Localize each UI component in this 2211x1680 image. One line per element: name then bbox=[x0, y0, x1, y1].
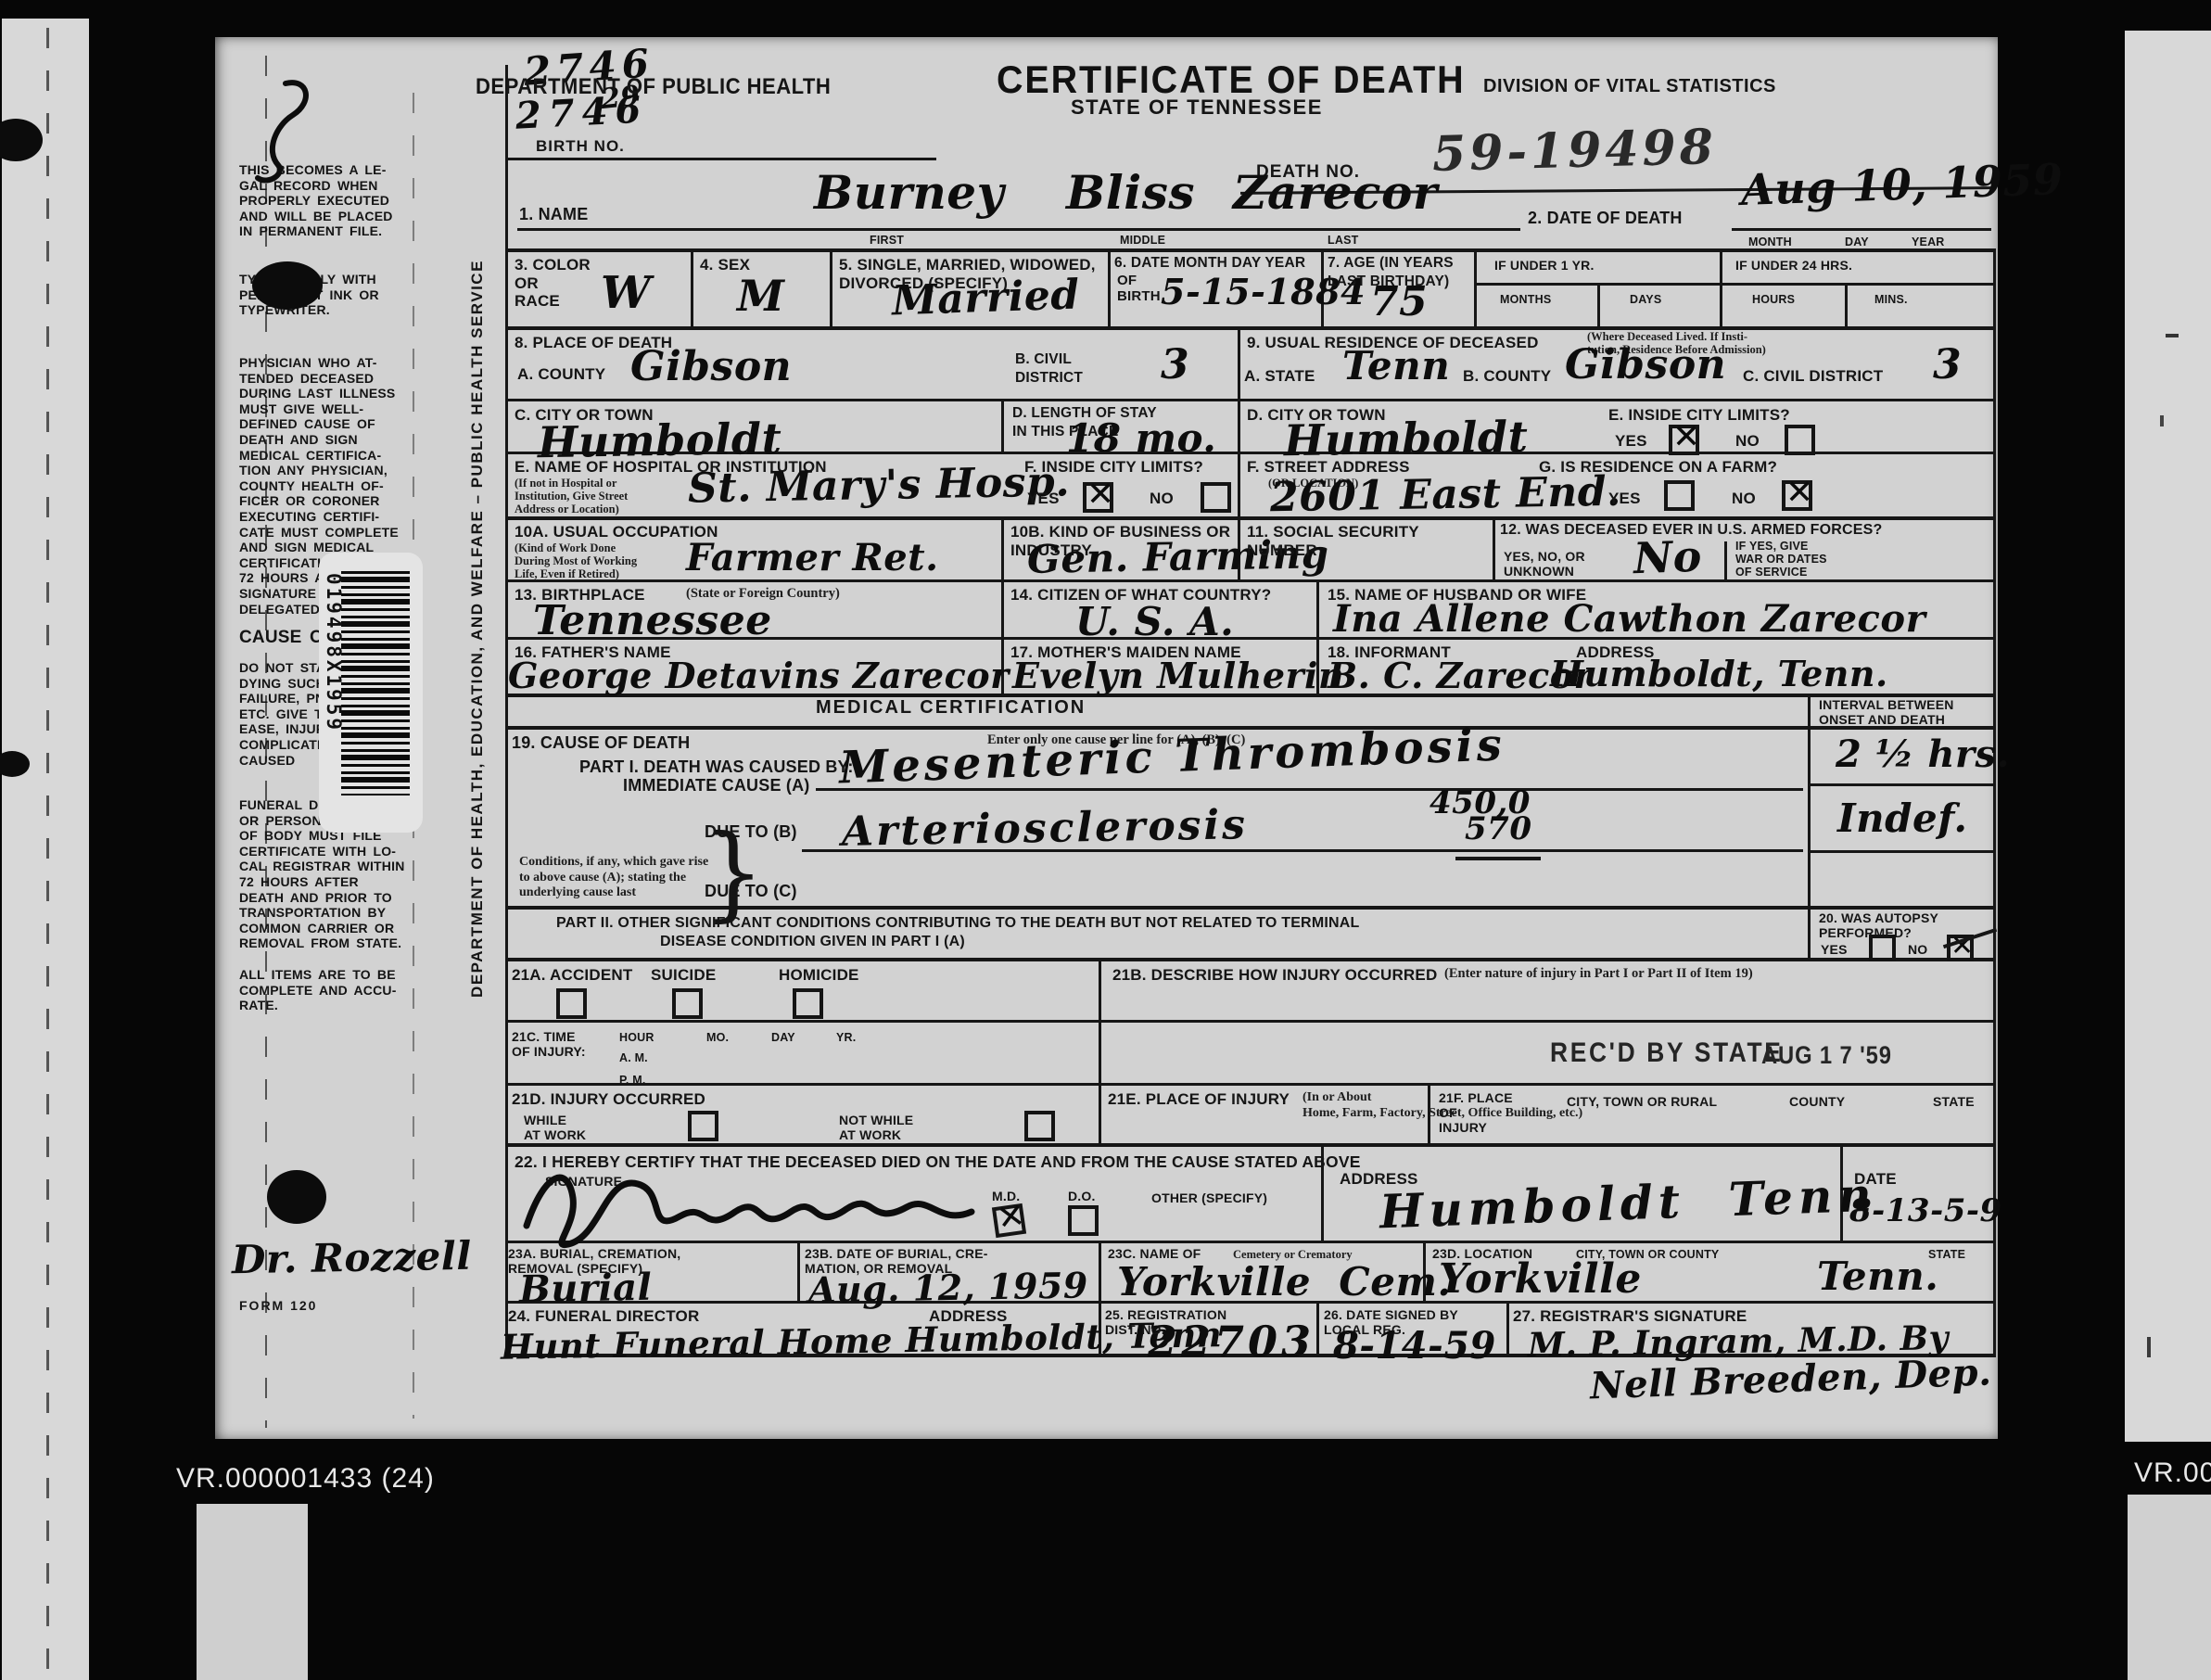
place-of-injury-f-label: 21F. PLACE OF INJURY bbox=[1439, 1090, 1513, 1135]
frame-id-left: VR.000001433 (24) bbox=[176, 1463, 435, 1495]
days-label: DAYS bbox=[1630, 293, 1661, 306]
city-town-rural-label: CITY, TOWN OR RURAL bbox=[1567, 1094, 1717, 1109]
grid-line bbox=[1810, 783, 1993, 786]
date-signed-value: 8-14-59 bbox=[1333, 1324, 1496, 1368]
barcode-number: 019498X1959 bbox=[323, 573, 345, 795]
margin-scrawl bbox=[221, 76, 323, 187]
department-heading: DEPARTMENT OF PUBLIC HEALTH bbox=[476, 78, 831, 96]
last-sublabel: LAST bbox=[1328, 234, 1358, 247]
not-while-at-work-checkbox bbox=[1024, 1111, 1055, 1141]
father-value: George Detavins Zarecor bbox=[508, 655, 1010, 696]
film-mark bbox=[2166, 334, 2179, 337]
under-24hrs-label: IF UNDER 24 HRS. bbox=[1735, 258, 1852, 273]
do-checkbox bbox=[1068, 1205, 1099, 1236]
birthplace-value: Tennessee bbox=[533, 597, 772, 644]
marital-value: Married bbox=[891, 271, 1080, 325]
no-label: NO bbox=[1150, 490, 1174, 508]
citizen-value: U. S. A. bbox=[1075, 599, 1234, 644]
grid-line bbox=[1720, 248, 1722, 328]
grid-line bbox=[505, 1083, 1996, 1086]
date-label: DATE bbox=[1854, 1170, 1897, 1189]
immediate-cause-label: IMMEDIATE CAUSE (A) bbox=[623, 777, 809, 795]
county-value: Gibson bbox=[630, 343, 792, 390]
grid-line bbox=[1993, 248, 1996, 1355]
death-no-value: 59-19498 bbox=[1431, 119, 1717, 183]
accident-checkbox bbox=[556, 988, 587, 1019]
form-number: FORM 120 bbox=[239, 1298, 317, 1313]
middle-sublabel: MIDDLE bbox=[1120, 234, 1165, 247]
ink-blot bbox=[267, 1170, 326, 1224]
film-frame-fragment bbox=[197, 1504, 308, 1680]
describe-injury-note: (Enter nature of injury in Part I or Par… bbox=[1444, 966, 1753, 982]
homicide-label: HOMICIDE bbox=[779, 966, 859, 985]
interval-b-value: Indef. bbox=[1837, 795, 1967, 841]
mo-label: MO. bbox=[706, 1031, 729, 1044]
yes-checkbox bbox=[1869, 935, 1896, 961]
right-film-strip-lower bbox=[2128, 1495, 2211, 1680]
hospital-note: (If not in Hospital or Institution, Give… bbox=[515, 477, 628, 515]
part2-label-line2: DISEASE CONDITION GIVEN IN PART I (A) bbox=[660, 933, 965, 951]
other-specify-label: OTHER (SPECIFY) bbox=[1151, 1190, 1267, 1205]
grid-line bbox=[1506, 1301, 1509, 1355]
date-of-death-label: 2. DATE OF DEATH bbox=[1528, 210, 1683, 228]
no-label: NO bbox=[1735, 432, 1760, 451]
md-checkbox: ✕ bbox=[992, 1203, 1026, 1238]
residence-county-label: B. COUNTY bbox=[1463, 367, 1551, 386]
state-col-label: STATE bbox=[1933, 1094, 1975, 1109]
armed-forces-sublabel: YES, NO, OR UNKNOWN bbox=[1504, 549, 1585, 579]
part2-label-line1: PART II. OTHER SIGNIFICANT CONDITIONS CO… bbox=[556, 914, 1359, 933]
informant-address-value: Humboldt, Tenn. bbox=[1550, 653, 1888, 694]
state-subtitle: STATE OF TENNESSEE bbox=[1071, 98, 1323, 117]
residence-state-value: Tenn bbox=[1342, 343, 1450, 388]
yes-checkbox: ✕ bbox=[1083, 482, 1113, 513]
suicide-checkbox bbox=[672, 988, 703, 1019]
rule bbox=[517, 228, 1520, 231]
cemetery-location-value: Yorkville bbox=[1439, 1255, 1642, 1303]
grid-line bbox=[1493, 516, 1495, 581]
while-at-work-checkbox bbox=[688, 1111, 718, 1141]
certify-date-value: 8-13-5-9 bbox=[1849, 1192, 2002, 1229]
dob-label-line2: OF BIRTH bbox=[1117, 273, 1161, 304]
hospital-limits-label: F. INSIDE CITY LIMITS? bbox=[1024, 458, 1203, 477]
interval-a-value: 2 ½ hrs. bbox=[1836, 732, 2010, 776]
county-label: A. COUNTY bbox=[517, 365, 605, 384]
armed-forces-note: IF YES, GIVE WAR OR DATES OF SERVICE bbox=[1735, 540, 1827, 579]
rule bbox=[1732, 228, 1991, 231]
yes-checkbox bbox=[1664, 480, 1695, 511]
ssn-label: 11. SOCIAL SECURITY NUMBER bbox=[1247, 523, 1419, 559]
grid-line bbox=[1099, 958, 1101, 1145]
rule bbox=[816, 788, 1803, 791]
yes-checkbox: ✕ bbox=[1669, 425, 1699, 455]
grid-line bbox=[830, 248, 832, 328]
grid-line bbox=[1316, 1301, 1319, 1355]
frame-id-right: VR.00000 bbox=[2134, 1457, 2211, 1489]
right-film-strip bbox=[2125, 31, 2211, 1442]
no-checkbox bbox=[1785, 425, 1815, 455]
yr-label: YR. bbox=[836, 1031, 856, 1044]
grid-line bbox=[505, 326, 1996, 330]
civil-district-label: B. CIVIL DISTRICT bbox=[1015, 350, 1083, 387]
birth-no-label: BIRTH NO. bbox=[536, 137, 625, 156]
grid-line bbox=[505, 516, 1996, 520]
name-middle-value: Bliss bbox=[1066, 165, 1195, 220]
no-label: NO bbox=[1908, 942, 1927, 957]
grid-line bbox=[505, 399, 1996, 401]
rule bbox=[802, 849, 1803, 852]
under-1yr-label: IF UNDER 1 YR. bbox=[1494, 258, 1595, 273]
barcode bbox=[341, 571, 410, 795]
accident-label: 21A. ACCIDENT bbox=[512, 966, 632, 985]
film-sprocket-line bbox=[46, 28, 49, 1669]
cause-b-value: Arteriosclerosis bbox=[842, 801, 1249, 856]
mins-label: MINS. bbox=[1874, 293, 1908, 306]
pm-label: P. M. bbox=[619, 1074, 646, 1087]
occupation-note: (Kind of Work Done During Most of Workin… bbox=[515, 541, 637, 580]
residence-district-label: C. CIVIL DISTRICT bbox=[1743, 367, 1883, 386]
homicide-checkbox bbox=[793, 988, 823, 1019]
day-label: DAY bbox=[771, 1031, 795, 1044]
residence-district-value: 3 bbox=[1933, 341, 1962, 388]
grid-line bbox=[1001, 399, 1004, 453]
residence-on-farm-label: G. IS RESIDENCE ON A FARM? bbox=[1539, 458, 1777, 477]
interval-label: INTERVAL BETWEEN ONSET AND DEATH bbox=[1819, 697, 1954, 727]
received-stamp-date: AUG 1 7 '59 bbox=[1761, 1040, 1892, 1070]
grid-line bbox=[1597, 283, 1600, 328]
ink-blot bbox=[252, 261, 323, 310]
do-label: D.O. bbox=[1068, 1189, 1096, 1203]
rule bbox=[508, 158, 936, 160]
name-last-value: Zarecor bbox=[1233, 165, 1438, 220]
injury-occurred-label: 21D. INJURY OCCURRED bbox=[512, 1090, 705, 1109]
grid-line bbox=[505, 958, 1996, 961]
rule bbox=[1455, 857, 1541, 860]
division-heading: DIVISION OF VITAL STATISTICS bbox=[1483, 78, 1776, 96]
code-b-value: 570 bbox=[1465, 810, 1531, 847]
cemetery-value: Yorkville Cem. bbox=[1117, 1259, 1452, 1305]
burial-date-value: Aug. 12, 1959 bbox=[808, 1264, 1088, 1310]
hours-label: HOURS bbox=[1752, 293, 1795, 306]
name-label: 1. NAME bbox=[519, 206, 588, 224]
no-checkbox bbox=[1201, 482, 1231, 513]
month-sublabel: MONTH bbox=[1748, 235, 1792, 248]
grid-line bbox=[1810, 850, 1993, 853]
grid-line bbox=[505, 248, 1996, 252]
am-label: A. M. bbox=[619, 1051, 648, 1064]
hospital-value: St. Mary's Hosp. bbox=[688, 458, 1071, 512]
grid-line bbox=[1845, 283, 1848, 328]
grid-line bbox=[505, 579, 1996, 582]
grid-line bbox=[691, 248, 693, 328]
while-at-work-label: WHILE AT WORK bbox=[524, 1113, 586, 1142]
grid-line bbox=[1474, 283, 1996, 286]
margin-doctor-annotation: Dr. Rozzell bbox=[232, 1233, 473, 1283]
yes-label: YES bbox=[1027, 490, 1060, 508]
physician-signature-scrawl bbox=[517, 1161, 990, 1249]
not-while-at-work-label: NOT WHILE AT WORK bbox=[839, 1113, 913, 1142]
conditions-note: Conditions, if any, which gave rise to a… bbox=[519, 855, 708, 901]
hour-label: HOUR bbox=[619, 1031, 654, 1044]
film-mark bbox=[2147, 1337, 2151, 1357]
suicide-label: SUICIDE bbox=[651, 966, 716, 985]
part1-label: PART I. DEATH WAS CAUSED BY: bbox=[579, 758, 854, 777]
months-label: MONTHS bbox=[1500, 293, 1551, 306]
grid-line bbox=[505, 1020, 1996, 1023]
cemetery-state-value: Tenn. bbox=[1817, 1254, 1938, 1299]
date-of-death-value: Aug 10, 1959 bbox=[1740, 154, 2064, 215]
grid-line bbox=[1808, 694, 1811, 961]
grid-line bbox=[1724, 541, 1727, 581]
year-sublabel: YEAR bbox=[1912, 235, 1945, 248]
due-to-c-label: DUE TO (C) bbox=[705, 883, 797, 901]
county-col-label: COUNTY bbox=[1789, 1094, 1845, 1109]
received-stamp: REC'D BY STATE bbox=[1550, 1038, 1784, 1068]
length-of-stay-value: 18 mo. bbox=[1066, 415, 1216, 461]
residence-state-label: A. STATE bbox=[1244, 367, 1315, 386]
film-mark bbox=[2160, 415, 2164, 426]
mother-value: Evelyn Mulherin bbox=[1012, 655, 1344, 696]
grid-line bbox=[505, 1143, 1996, 1147]
grid-line bbox=[1108, 248, 1111, 328]
color-race-label: 3. COLOR OR RACE bbox=[515, 256, 591, 311]
time-of-injury-label: 21C. TIME OF INJURY: bbox=[512, 1029, 586, 1059]
registration-dist-value: 22703 bbox=[1148, 1317, 1315, 1367]
occupation-value: Farmer Ret. bbox=[686, 536, 939, 579]
scanned-death-certificate-page: { "common": { "yes": "YES", "no": "NO", … bbox=[0, 0, 2211, 1680]
civil-district-value: 3 bbox=[1161, 341, 1189, 388]
cause-of-death-label: 19. CAUSE OF DEATH bbox=[512, 734, 690, 753]
yes-label: YES bbox=[1821, 942, 1848, 957]
medical-certification-heading: MEDICAL CERTIFICATION bbox=[816, 699, 1086, 718]
yes-label: YES bbox=[1608, 490, 1641, 508]
sex-value: M bbox=[737, 271, 784, 321]
grid-line bbox=[1474, 248, 1477, 328]
residence-county-value: Gibson bbox=[1565, 341, 1726, 388]
margin-note-all-items: ALL ITEMS ARE TO BE COMPLETE AND ACCU- R… bbox=[239, 967, 488, 1013]
describe-injury-label: 21B. DESCRIBE HOW INJURY OCCURRED bbox=[1112, 966, 1437, 985]
name-first-value: Burney bbox=[814, 165, 1004, 220]
vertical-department-text: DEPARTMENT OF HEALTH, EDUCATION, AND WEL… bbox=[468, 188, 487, 1069]
yes-label: YES bbox=[1615, 432, 1647, 451]
no-label: NO bbox=[1732, 490, 1756, 508]
place-of-injury-label: 21E. PLACE OF INJURY bbox=[1108, 1090, 1290, 1109]
dob-label-line1: 6. DATE MONTH DAY YEAR bbox=[1114, 254, 1305, 273]
first-sublabel: FIRST bbox=[870, 234, 904, 247]
grid-line bbox=[505, 65, 508, 1355]
funeral-director-label: 24. FUNERAL DIRECTOR bbox=[508, 1307, 699, 1326]
armed-forces-value: No bbox=[1633, 531, 1703, 584]
age-value: 75 bbox=[1370, 278, 1428, 325]
no-checkbox: ✕ bbox=[1782, 480, 1812, 511]
spouse-value: Ina Allene Cawthon Zarecor bbox=[1333, 597, 1925, 641]
day-sublabel: DAY bbox=[1845, 235, 1869, 248]
color-race-value: W bbox=[601, 267, 651, 319]
burial-value: Burial bbox=[519, 1266, 653, 1311]
grid-line bbox=[797, 1241, 800, 1303]
left-film-strip bbox=[2, 19, 89, 1680]
